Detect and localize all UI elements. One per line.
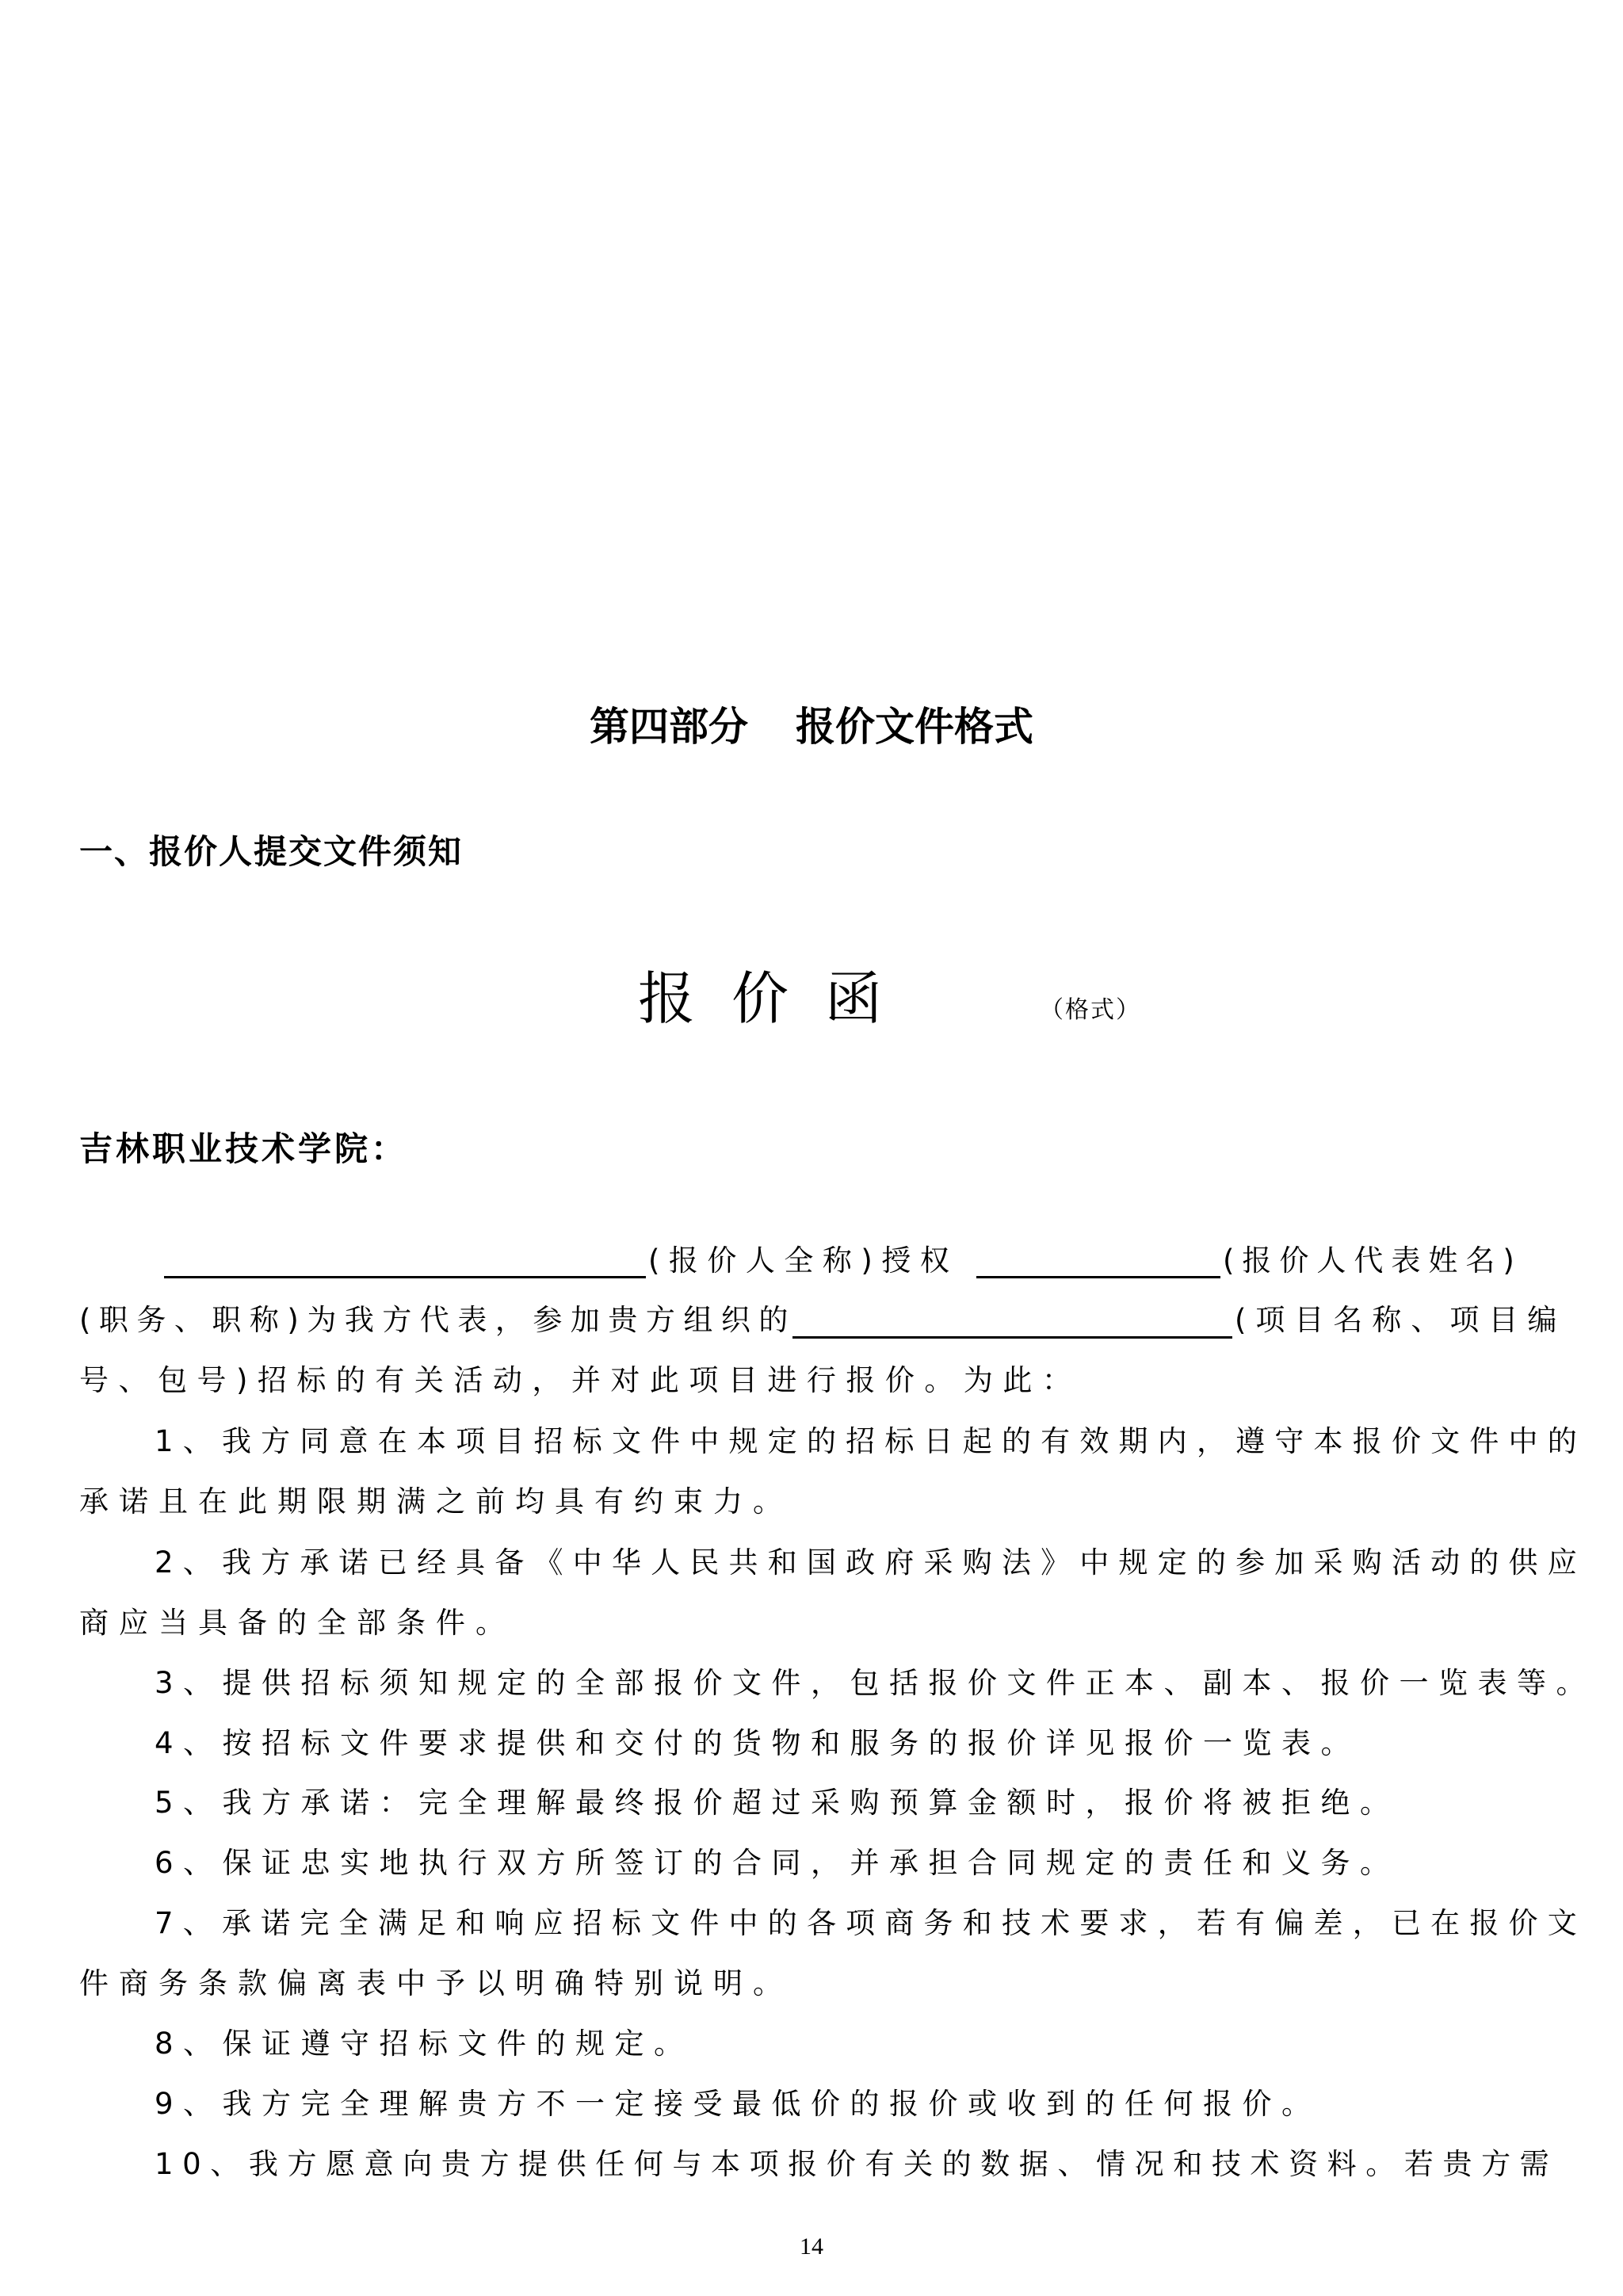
blank-project-name[interactable] <box>792 1336 1232 1339</box>
clause-4: 4、按招标文件要求提供和交付的货物和服务的报价详见报价一览表。 <box>155 1723 1360 1764</box>
intro-line-1-seg-1: (报价人全称)授权 <box>648 1240 958 1282</box>
section-heading: 一、报价人提交文件须知 <box>79 828 463 876</box>
clause-2-line-2: 商应当具备的全部条件。 <box>79 1603 515 1644</box>
clause-9: 9、我方完全理解贵方不一定接受最低价的报价或收到的任何报价。 <box>155 2084 1321 2125</box>
clause-5: 5、我方承诺：完全理解最终报价超过采购预算金额时，报价将被拒绝。 <box>155 1782 1400 1824</box>
clause-3: 3、提供招标须知规定的全部报价文件，包括报价文件正本、副本、报价一览表等。 <box>155 1663 1595 1704</box>
part-title: 第四部分报价文件格式 <box>0 699 1623 755</box>
intro-line-3: 号、包号)招标的有关活动，并对此项目进行报价。为此： <box>79 1360 1081 1401</box>
clause-1-line-1: 1、我方同意在本项目招标文件中规定的招标日起的有效期内，遵守本报价文件中的 <box>155 1421 1587 1462</box>
clause-7-line-1: 7、承诺完全满足和响应招标文件中的各项商务和技术要求，若有偏差，已在报价文 <box>155 1903 1587 1944</box>
part-name: 报价文件格式 <box>796 703 1033 750</box>
clause-10: 10、我方愿意向贵方提供任何与本项报价有关的数据、情况和技术资料。若贵方需 <box>155 2144 1558 2185</box>
intro-line-1-seg-2: (报价人代表姓名) <box>1223 1240 1522 1282</box>
addressee: 吉林职业技术学院： <box>79 1125 407 1173</box>
clause-1-line-2: 承诺且在此期限期满之前均具有约束力。 <box>79 1481 792 1522</box>
letter-title: 报价函 <box>638 963 918 1034</box>
letter-subtitle: （格式） <box>1040 995 1141 1026</box>
part-number: 第四部分 <box>590 703 748 750</box>
clause-7-line-2: 件商务条款偏离表中予以明确特别说明。 <box>79 1963 792 2004</box>
intro-line-2-seg-1: (职务、职称)为我方代表，参加贵方组织的 <box>79 1300 796 1341</box>
clause-2-line-1: 2、我方承诺已经具备《中华人民共和国政府采购法》中规定的参加采购活动的供应 <box>155 1542 1587 1584</box>
intro-line-2-seg-2: (项目名称、项目编 <box>1235 1300 1566 1341</box>
page-number: 14 <box>0 2231 1623 2263</box>
clause-8: 8、保证遵守招标文件的规定。 <box>155 2023 693 2065</box>
clause-6: 6、保证忠实地执行双方所签订的合同，并承担合同规定的责任和义务。 <box>155 1843 1400 1884</box>
blank-representative-name[interactable] <box>976 1276 1220 1278</box>
blank-bidder-full-name[interactable] <box>164 1276 646 1278</box>
